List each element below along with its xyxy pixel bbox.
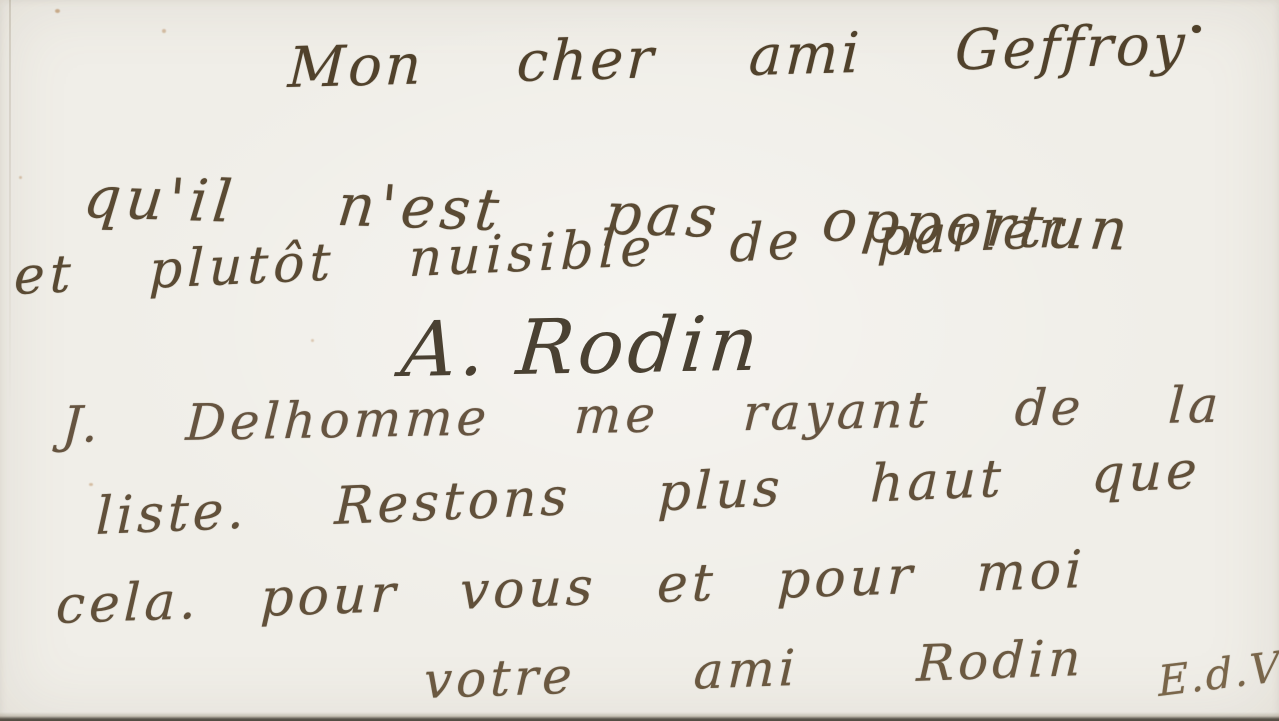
corner-mark: E.d.V [1157,642,1279,706]
visiting-card: Mon cher ami Geffroy qu'il n'est pas opp… [0,0,1279,721]
foxing-spot [162,29,166,33]
card-left-crease [9,0,11,418]
handwritten-line-salutation: Mon cher ami Geffroy [287,12,1189,101]
foxing-spot [89,483,93,486]
printed-name: A. Rodin [398,299,766,394]
handwritten-line-5: liste. Restons plus haut que [95,441,1201,547]
handwritten-signature-line: votre ami Rodin [423,629,1086,710]
card-bottom-edge [0,712,1279,721]
handwritten-line-4: J. Delhomme me rayant de la [60,376,1223,454]
foxing-spot [311,339,314,342]
foxing-spot [55,9,60,13]
handwritten-line-6: cela. pour vous et pour moi [55,540,1087,636]
foxing-spot [19,176,22,179]
ink-dot [1192,25,1201,33]
